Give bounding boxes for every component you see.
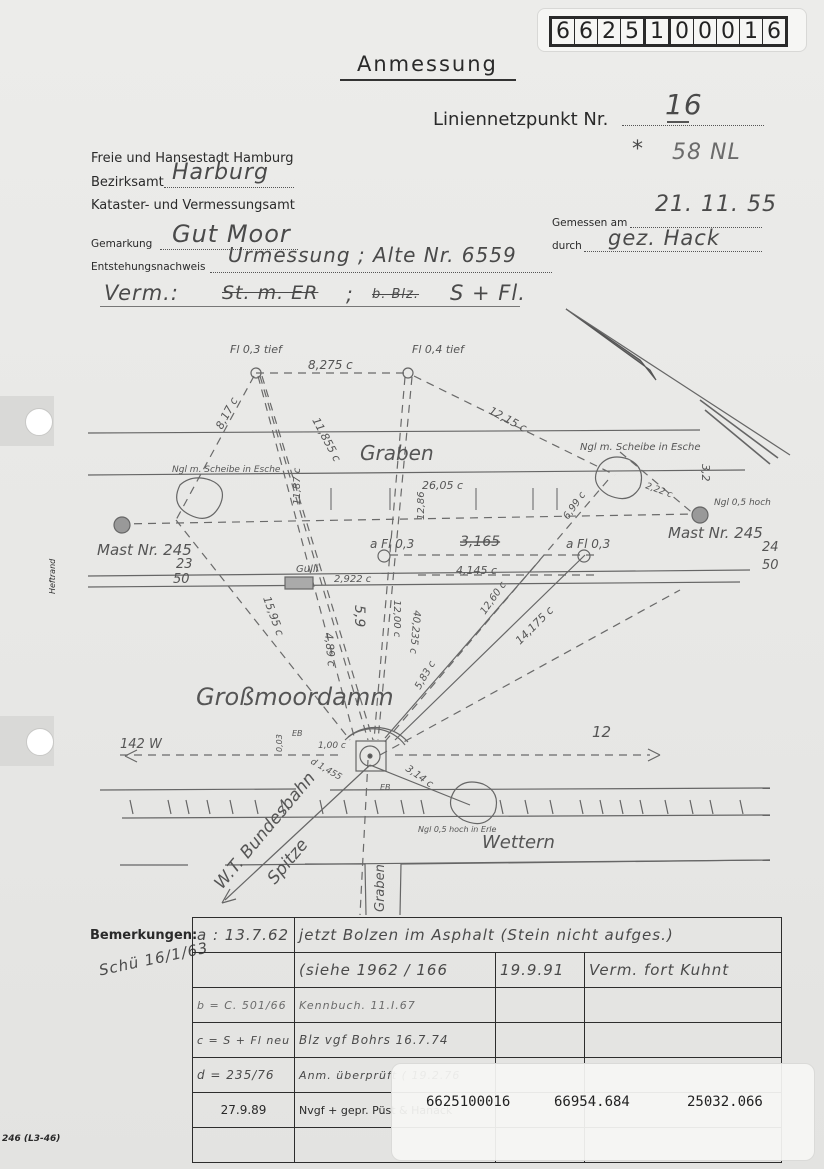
remarks-cell	[496, 1023, 585, 1058]
table-row: a : 13.7.62 jetzt Bolzen im Asphalt (Ste…	[193, 918, 782, 953]
remarks-cell: jetzt Bolzen im Asphalt (Stein nicht auf…	[295, 918, 782, 953]
label-mast-right-sub2: 50	[762, 558, 779, 573]
label-dist-222: 2,22 c	[644, 481, 674, 500]
label-dist-4145: 4,145 c	[456, 564, 497, 577]
label-tree-right: Ngl m. Scheibe in Esche	[580, 442, 701, 453]
label-dist-1187: 11,87 c	[292, 467, 303, 505]
north-arrow-icon	[566, 309, 656, 380]
remarks-cell	[496, 988, 585, 1023]
label-dist-right: 12,15 c	[487, 404, 529, 435]
label-eb-top: EB	[292, 729, 303, 738]
label-eb-bottom: EB	[380, 783, 391, 792]
label-dist-1260: 12,60 c	[478, 579, 509, 616]
label-graben-top: Graben	[360, 441, 434, 465]
label-0-03: 0,03	[275, 734, 284, 752]
label-mast-right-sub1: 24	[762, 540, 779, 555]
label-dist-3165: 3,165	[460, 534, 500, 550]
label-fl-left: Fl 0,3 tief	[230, 343, 284, 356]
remarks-cell: d = 235/76	[193, 1058, 295, 1093]
label-wettern: Wettern	[482, 832, 555, 853]
label-dist-583: 5,83 c	[413, 659, 438, 692]
label-tree-left: Ngl m. Scheibe in Esche	[172, 465, 281, 475]
remarks-cell: c = S + Fl neu	[193, 1023, 295, 1058]
label-dist-14175: 14,175 c	[513, 604, 556, 647]
label-spitze: Spitze	[264, 835, 313, 888]
label-3-14: 3,14 c	[403, 763, 435, 790]
label-dist-699: 6,99 c	[561, 490, 588, 522]
label-graben-bottom: Graben	[373, 864, 388, 912]
remarks-cell: a : 13.7.62	[193, 918, 295, 953]
sticker-coord-x: 66954.684	[554, 1094, 630, 1110]
remarks-cell: 27.9.89	[193, 1093, 295, 1128]
label-dist-1286: 12,86	[416, 491, 427, 520]
remarks-cell: b = C. 501/66	[193, 988, 295, 1023]
label-fl-a-right: a Fl 0,3	[566, 537, 610, 551]
label-dist-489: 4,89 c	[322, 632, 338, 667]
label-mast-left-sub1: 23	[176, 557, 193, 572]
remarks-cell	[585, 988, 782, 1023]
label-mast-left-sub2: 50	[173, 572, 190, 587]
sticker-coord-y: 25032.066	[687, 1094, 763, 1110]
table-row: b = C. 501/66 Kennbuch. 11.I.67	[193, 988, 782, 1023]
label-fl-a-left: a Fl 0,3	[370, 537, 414, 551]
table-row: (siehe 1962 / 166 19.9.91 Verm. fort Kuh…	[193, 953, 782, 988]
label-ngl-hoch-right: Ngl 0,5 hoch	[714, 498, 771, 508]
sticker-point-number: 6625100016	[426, 1094, 510, 1110]
label-street: Großmoordamm	[196, 683, 394, 711]
label-dist-59: 5,9	[351, 605, 367, 627]
remarks-cell: Blz vgf Bohrs 16.7.74	[295, 1023, 496, 1058]
label-dir-right: 12	[592, 723, 611, 741]
label-dist-top: 8,275 c	[308, 358, 353, 372]
label-gulli: Gulli	[296, 564, 319, 575]
remarks-cell: 19.9.91	[496, 953, 585, 988]
label-dir-left: 142 W	[120, 737, 163, 752]
label-dist-diag1: 11,855 c	[309, 415, 343, 464]
remarks-label: Bemerkungen:	[90, 928, 197, 943]
label-mast-right: Mast Nr. 245	[668, 524, 763, 542]
remarks-cell: Verm. fort Kuhnt	[585, 953, 782, 988]
label-dist-40235: 40,235 c	[407, 610, 422, 655]
remarks-cell: Kennbuch. 11.I.67	[295, 988, 496, 1023]
coordinate-sticker: 6625100016 66954.684 25032.066	[391, 1063, 815, 1161]
label-dist-2922: 2,922 c	[334, 574, 372, 585]
label-1-00: 1,00 c	[318, 741, 346, 751]
label-fl-right: Fl 0,4 tief	[412, 343, 466, 356]
remarks-cell	[193, 1128, 295, 1163]
remarks-cell: (siehe 1962 / 166	[295, 953, 496, 988]
label-tree-bottom: Ngl 0,5 hoch in Erle	[418, 825, 496, 834]
label-dist-left: 8,17 c	[213, 395, 240, 431]
table-row: c = S + Fl neu Blz vgf Bohrs 16.7.74	[193, 1023, 782, 1058]
remarks-cell	[193, 953, 295, 988]
label-dist-32: 3,2	[699, 464, 712, 482]
form-number: 246 (L3-46)	[2, 1134, 60, 1144]
label-dist-1200: 12,00 c	[391, 600, 402, 638]
remarks-cell	[585, 1023, 782, 1058]
label-dist-2605: 26,05 c	[422, 479, 463, 492]
